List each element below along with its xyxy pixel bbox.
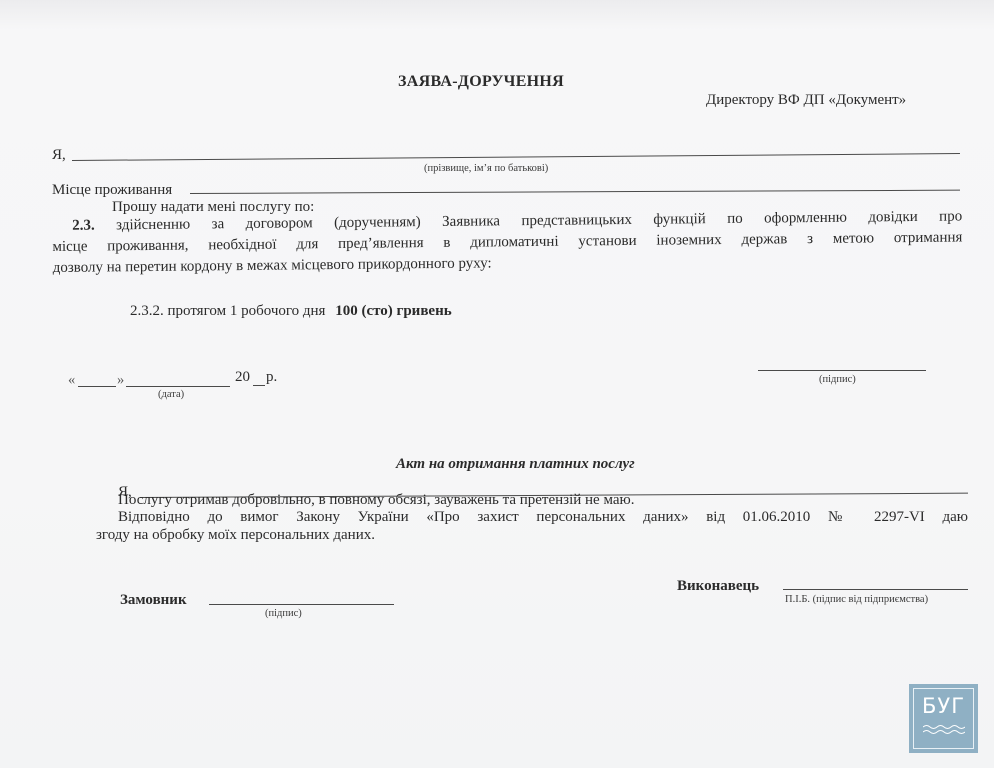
date-suffix: р. xyxy=(266,369,277,386)
subclause: 2.3.2. протягом 1 робочого дня 100 (сто)… xyxy=(130,303,452,320)
act-title: Акт на отримання платних послуг xyxy=(396,456,635,473)
subclause-price: 100 (сто) гривень xyxy=(335,303,451,319)
date-open-quote: « xyxy=(68,372,75,389)
date-caption: (дата) xyxy=(158,389,184,400)
subclause-text: 2.3.2. протягом 1 робочого дня xyxy=(130,303,325,319)
clause-line-3: дозволу на перетин кордону в межах місце… xyxy=(53,255,492,277)
executor-signature-field[interactable] xyxy=(783,589,968,590)
document-page: ЗАЯВА-ДОРУЧЕННЯ Директору ВФ ДП «Докумен… xyxy=(0,0,994,768)
date-day-field[interactable] xyxy=(78,386,116,387)
clause-number: 2.3. xyxy=(52,218,95,234)
signature-caption: (підпис) xyxy=(819,374,856,385)
watermark-logo: БУГ xyxy=(909,684,978,753)
waves-icon xyxy=(923,724,965,736)
date-year-prefix: 20 xyxy=(235,369,250,386)
executor-caption: П.І.Б. (підпис від підприємства) xyxy=(785,594,928,605)
applicant-caption: (прізвище, ім’я по батькові) xyxy=(424,163,548,174)
applicant-signature-field[interactable] xyxy=(758,370,926,371)
date-close-quote: » xyxy=(117,372,124,389)
date-month-field[interactable] xyxy=(126,386,230,387)
applicant-label: Я, xyxy=(52,147,66,164)
executor-label: Виконавець xyxy=(677,578,759,595)
customer-caption: (підпис) xyxy=(265,608,302,619)
act-line-2: Відповідно до вимог Закону України «Про … xyxy=(118,509,968,526)
addressee: Директору ВФ ДП «Документ» xyxy=(706,92,906,109)
act-line-1: Послугу отримав добровільно, в повному о… xyxy=(118,492,634,509)
applicant-name-field[interactable] xyxy=(72,153,960,161)
logo-text: БУГ xyxy=(909,694,978,718)
act-line-3: згоду на обробку моїх персональних даних… xyxy=(96,527,375,544)
residence-label: Місце проживання xyxy=(52,182,172,199)
document-title: ЗАЯВА-ДОРУЧЕННЯ xyxy=(398,73,564,91)
request-intro: Прошу надати мені послугу по: xyxy=(112,199,314,216)
residence-field[interactable] xyxy=(190,190,960,194)
customer-label: Замовник xyxy=(120,592,187,609)
date-year-field[interactable] xyxy=(253,385,265,386)
customer-signature-field[interactable] xyxy=(209,604,394,605)
